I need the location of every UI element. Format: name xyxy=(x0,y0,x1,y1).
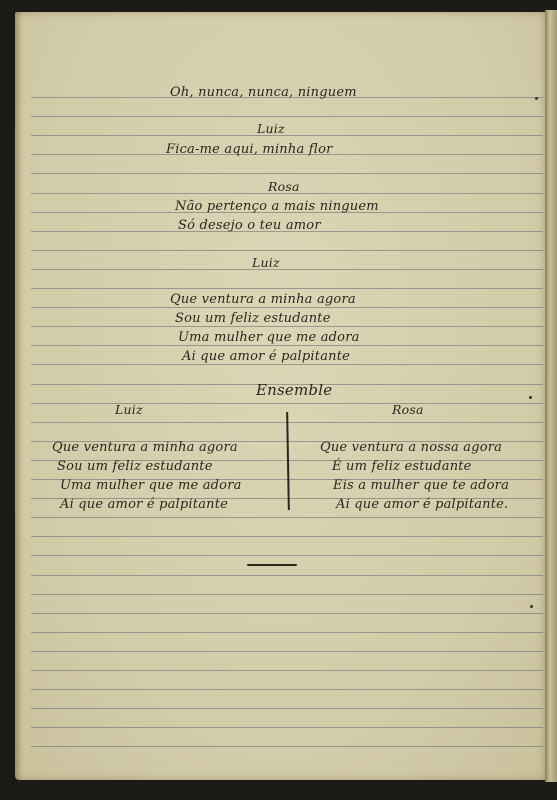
lyric-line: Sou um feliz estudante xyxy=(175,311,331,326)
ruled-line xyxy=(31,250,543,251)
speaker-label: Luiz xyxy=(257,121,285,136)
speaker-label: Luiz xyxy=(115,402,143,417)
speaker-label: Rosa xyxy=(392,402,424,417)
ruled-line xyxy=(31,173,543,174)
ink-speck xyxy=(535,97,538,100)
ink-speck xyxy=(529,396,532,399)
ruled-line xyxy=(31,345,543,346)
ruled-line xyxy=(31,517,543,518)
lyric-line: Que ventura a minha agora xyxy=(170,292,356,307)
lyric-line: Que ventura a minha agora xyxy=(52,440,238,455)
ensemble-heading: Ensemble xyxy=(256,381,332,399)
ruled-line xyxy=(31,594,543,595)
ruled-line xyxy=(31,746,543,747)
section-end-dash xyxy=(247,564,297,566)
lyric-line: Que ventura a nossa agora xyxy=(320,440,502,455)
ruled-line xyxy=(31,326,543,327)
lyric-line: Só desejo o teu amor xyxy=(178,218,321,233)
ruled-line xyxy=(31,613,543,614)
ruled-line xyxy=(31,116,543,117)
ruled-line xyxy=(31,689,543,690)
ruled-line xyxy=(31,708,543,709)
lyric-line: Fica-me aqui, minha flor xyxy=(166,142,333,157)
ruled-line xyxy=(31,288,543,289)
ruled-line xyxy=(31,364,543,365)
speaker-label: Rosa xyxy=(268,179,300,194)
lyric-line: Uma mulher que me adora xyxy=(178,330,360,345)
ruled-line xyxy=(31,555,543,556)
ruled-line xyxy=(31,536,543,537)
lyric-line: Ai que amor é palpitante xyxy=(60,497,228,512)
lyric-line: Oh, nunca, nunca, ninguem xyxy=(170,85,357,100)
lyric-line: Eis a mulher que te adora xyxy=(333,478,509,493)
ruled-line xyxy=(31,269,543,270)
ruled-line xyxy=(31,403,543,404)
lyric-line: Ai que amor é palpitante. xyxy=(336,497,508,512)
lyric-line: Ai que amor é palpitante xyxy=(182,349,350,364)
speaker-label: Luiz xyxy=(252,255,280,270)
lyric-line: Sou um feliz estudante xyxy=(57,459,213,474)
ruled-line xyxy=(31,651,543,652)
lyric-line: Uma mulher que me adora xyxy=(60,478,242,493)
ink-speck xyxy=(530,605,533,608)
binding-gutter xyxy=(545,10,557,782)
lyric-line: É um feliz estudante xyxy=(332,459,472,474)
ruled-line xyxy=(31,670,543,671)
ruled-line xyxy=(31,307,543,308)
ruled-line xyxy=(31,135,543,136)
ruled-line xyxy=(31,727,543,728)
ruled-line xyxy=(31,575,543,576)
lyric-line: Não pertenço a mais ninguem xyxy=(175,199,379,214)
ruled-line xyxy=(31,632,543,633)
